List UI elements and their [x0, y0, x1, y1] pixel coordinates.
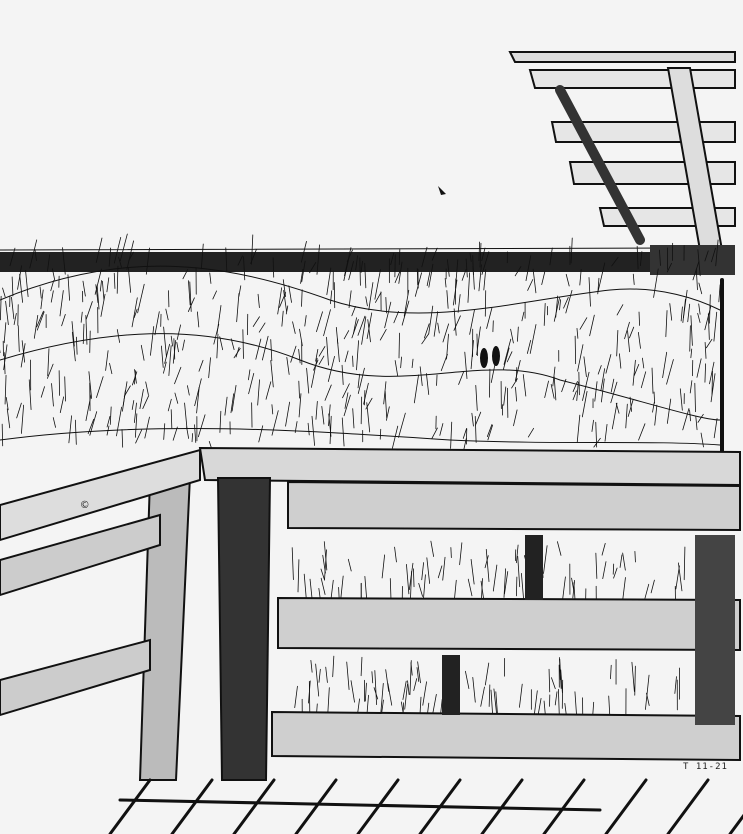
signature-date: T 11-21: [683, 762, 728, 772]
signature: T: [683, 762, 689, 772]
ink-drawing: [0, 0, 743, 834]
date: 11-21: [696, 762, 728, 772]
